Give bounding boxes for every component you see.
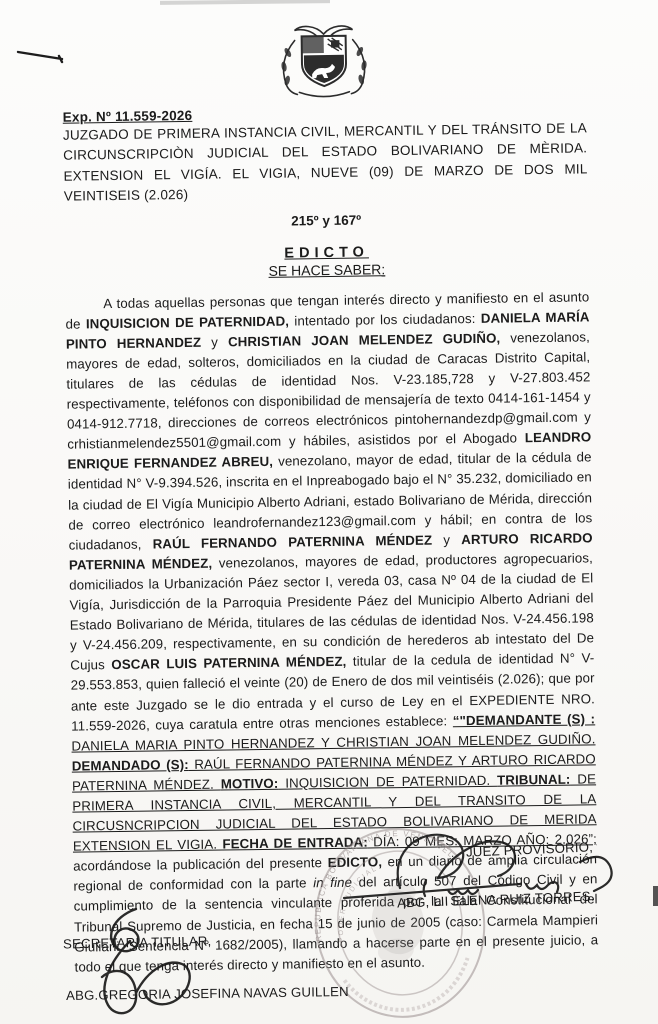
secretary-signature [72, 895, 222, 1023]
secretary-title: SECRETARIA TITULAR, [63, 933, 212, 951]
court-heading: JUZGADO DE PRIMERA INSTANCIA CIVIL, MERC… [63, 118, 588, 207]
scan-smudge [160, 0, 330, 5]
venezuela-coat-of-arms-icon [265, 21, 382, 101]
constitutional-years-line: 215º y 167º [64, 209, 588, 231]
scan-edge-mark [653, 886, 658, 906]
scanned-edict-document: Exp. Nº 11.559-2026 JUZGADO DE PRIMERA I… [0, 0, 658, 1024]
